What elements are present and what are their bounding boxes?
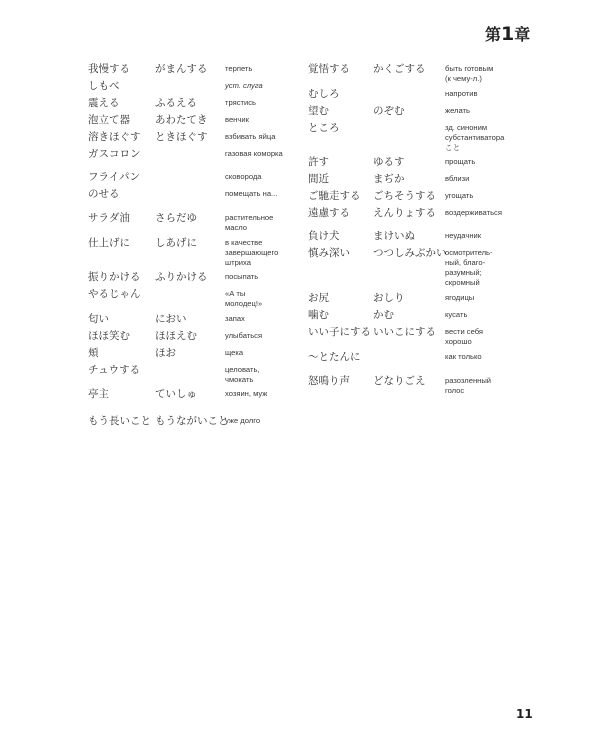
vocab-translation: в качестве завершающего штриха bbox=[225, 238, 305, 268]
vocab-word: お尻 bbox=[308, 291, 329, 305]
vocab-translation: улыбаться bbox=[225, 331, 305, 341]
vocab-translation: целовать, чмокать bbox=[225, 365, 305, 385]
vocab-word: 震える bbox=[88, 96, 120, 110]
vocab-reading: かくごする bbox=[373, 62, 426, 76]
vocab-word: 覚悟する bbox=[308, 62, 350, 76]
vocab-word: 慎み深い bbox=[308, 246, 350, 260]
vocab-translation: желать bbox=[445, 106, 535, 116]
vocab-translation: хозяин, муж bbox=[225, 389, 305, 399]
vocab-reading: におい bbox=[155, 312, 187, 326]
vocab-reading: ふるえる bbox=[155, 96, 197, 110]
chapter-suffix: 章 bbox=[514, 25, 530, 44]
vocab-translation: посыпать bbox=[225, 272, 305, 282]
vocab-translation: сковорода bbox=[225, 172, 305, 182]
vocab-reading: まけいぬ bbox=[373, 229, 415, 243]
vocab-reading: さらだゆ bbox=[155, 211, 197, 225]
vocab-translation: трястись bbox=[225, 98, 305, 108]
vocab-word: のせる bbox=[88, 187, 120, 201]
vocab-reading: いいこにする bbox=[373, 325, 436, 339]
vocab-reading: おしり bbox=[373, 291, 405, 305]
vocab-word: しもべ bbox=[88, 79, 120, 93]
vocab-word: 振りかける bbox=[88, 270, 141, 284]
vocab-word: いい子にする bbox=[308, 325, 371, 339]
vocab-word: やるじゃん bbox=[88, 287, 141, 301]
vocab-translation: терпеть bbox=[225, 64, 305, 74]
vocab-word: 〜とたんに bbox=[308, 350, 361, 364]
vocab-word: もう長いこと bbox=[88, 414, 151, 428]
vocab-word: 怒鳴り声 bbox=[308, 374, 350, 388]
vocab-reading: しあげに bbox=[155, 236, 197, 250]
vocab-reading: ほほえむ bbox=[155, 329, 197, 343]
chapter-title: 第1章 bbox=[485, 22, 530, 45]
vocab-word: チュウする bbox=[88, 363, 140, 377]
vocab-translation: уст. слуга bbox=[225, 81, 305, 91]
vocab-reading: ていしゅ bbox=[155, 387, 197, 401]
vocab-reading: がまんする bbox=[155, 62, 208, 76]
vocab-translation: вести себя хорошо bbox=[445, 327, 535, 347]
vocab-translation: напротив bbox=[445, 89, 535, 99]
vocab-translation: венчик bbox=[225, 115, 305, 125]
vocab-word: 溶きほぐす bbox=[88, 130, 141, 144]
vocab-translation: угощать bbox=[445, 191, 535, 201]
vocab-word: 我慢する bbox=[88, 62, 130, 76]
vocab-translation: осмотритель- ный, благо- разумный; скром… bbox=[445, 248, 535, 288]
vocab-reading: ときほぐす bbox=[155, 130, 208, 144]
vocab-reading: えんりょする bbox=[373, 206, 436, 220]
vocab-translation: «А ты молодец!» bbox=[225, 289, 305, 309]
vocab-reading: もうながいこと bbox=[155, 414, 229, 428]
vocab-translation: ягодицы bbox=[445, 293, 535, 303]
vocab-translation: разозленный голос bbox=[445, 376, 535, 396]
vocab-translation: зд. синоним субстантиватора こと bbox=[445, 123, 535, 153]
vocab-word: 間近 bbox=[308, 172, 329, 186]
vocab-translation: щека bbox=[225, 348, 305, 358]
vocab-word: 仕上げに bbox=[88, 236, 130, 250]
vocab-translation: воздерживаться bbox=[445, 208, 535, 218]
vocab-word: ほほ笑む bbox=[88, 329, 130, 343]
vocab-reading: ゆるす bbox=[373, 155, 405, 169]
vocab-translation: неудачник bbox=[445, 231, 535, 241]
vocab-translation: прощать bbox=[445, 157, 535, 167]
vocab-reading: かむ bbox=[373, 308, 394, 322]
vocab-reading: あわたてき bbox=[155, 113, 208, 127]
vocab-translation: кусать bbox=[445, 310, 535, 320]
vocab-translation: как только bbox=[445, 352, 535, 362]
vocab-word: フライパン bbox=[88, 170, 140, 184]
vocab-translation: быть готовым (к чему-л.) bbox=[445, 64, 535, 84]
vocab-translation: взбивать яйца bbox=[225, 132, 305, 142]
vocab-translation: помещать на... bbox=[225, 189, 305, 199]
vocab-word: 匂い bbox=[88, 312, 109, 326]
vocab-translation: растительное масло bbox=[225, 213, 305, 233]
vocab-translation: газовая коморка bbox=[225, 149, 305, 159]
vocab-reading: ふりかける bbox=[155, 270, 208, 284]
vocab-word: ご馳走する bbox=[308, 189, 361, 203]
vocab-translation: уже долго bbox=[225, 416, 305, 426]
page-number: 11 bbox=[516, 707, 533, 721]
vocab-reading: つつしみぶかい bbox=[373, 246, 447, 260]
vocab-word: 噛む bbox=[308, 308, 329, 322]
vocab-reading: まぢか bbox=[373, 172, 405, 186]
vocab-word: 許す bbox=[308, 155, 329, 169]
vocab-word: 泡立て器 bbox=[88, 113, 130, 127]
vocab-translation: вблизи bbox=[445, 174, 535, 184]
vocab-word: 負け犬 bbox=[308, 229, 340, 243]
vocab-word: ところ bbox=[308, 121, 340, 135]
vocab-word: 頬 bbox=[88, 346, 99, 360]
vocab-word: 亭主 bbox=[88, 387, 109, 401]
vocab-word: ガスコロン bbox=[88, 147, 141, 161]
vocab-word: 望む bbox=[308, 104, 329, 118]
vocab-word: 遠慮する bbox=[308, 206, 350, 220]
vocab-word: サラダ油 bbox=[88, 211, 130, 225]
vocab-reading: どなりごえ bbox=[373, 374, 426, 388]
vocab-word: むしろ bbox=[308, 87, 340, 101]
chapter-prefix: 第 bbox=[485, 25, 501, 44]
vocab-reading: ごちそうする bbox=[373, 189, 436, 203]
chapter-number: 1 bbox=[501, 23, 514, 45]
vocab-translation: запах bbox=[225, 314, 305, 324]
vocab-reading: のぞむ bbox=[373, 104, 405, 118]
vocab-reading: ほお bbox=[155, 346, 176, 360]
